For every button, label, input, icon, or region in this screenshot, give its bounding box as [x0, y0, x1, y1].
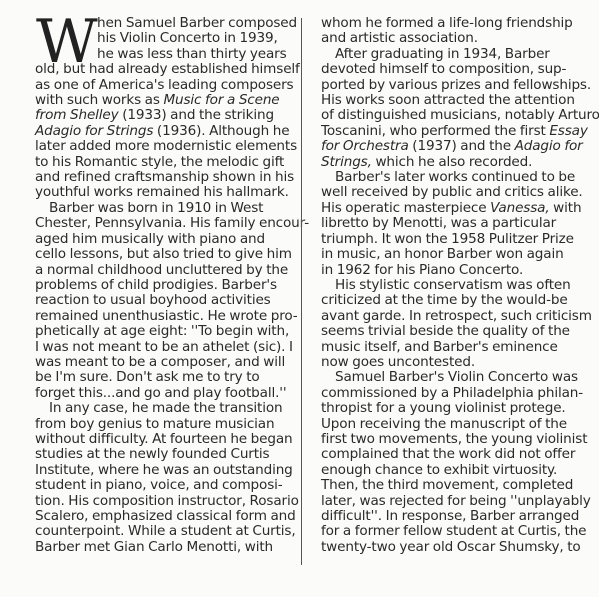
text-line: I was not meant to be an athelet (sic). …	[35, 340, 293, 355]
text-line: ported by various prizes and fellowships…	[321, 78, 579, 93]
text-line: In any case, he made the transition	[35, 401, 293, 416]
text-line: avant garde. In retrospect, such critici…	[321, 309, 579, 324]
text-segment: seems trivial beside the quality of the	[321, 323, 570, 339]
text-segment: libretto by Menotti, was a particular	[321, 215, 556, 231]
text-segment: without difficulty. At fourteen he began	[35, 431, 293, 447]
column-divider	[301, 18, 302, 565]
text-segment: now goes uncontested.	[321, 354, 475, 370]
text-line: His operatic masterpiece Vanessa, with	[321, 201, 579, 216]
text-line: remained unenthusiastic. He wrote pro-	[35, 309, 293, 324]
text-segment: well received by public and critics alik…	[321, 184, 583, 200]
text-segment: twenty-two year old Oscar Shumsky, to	[321, 539, 581, 555]
text-line: Chester, Pennsylvania. His family encour…	[35, 216, 293, 231]
text-line: Adagio for Strings (1936). Although he	[35, 124, 293, 139]
text-segment: a normal childhood uncluttered by the	[35, 262, 288, 278]
text-segment: youthful works remained his hallmark.	[35, 184, 289, 200]
text-line: Barber met Gian Carlo Menotti, with	[35, 540, 293, 555]
text-segment: and refined craftsmanship shown in his	[35, 169, 294, 185]
italic-title: Essay	[549, 123, 587, 139]
text-segment: Institute, where he was an outstanding	[35, 462, 293, 478]
text-line: difficult''. In response, Barber arrange…	[321, 509, 579, 524]
text-segment: His works soon attracted the attention	[321, 92, 575, 108]
italic-title: Strings,	[321, 154, 372, 170]
text-line: for Orchestra (1937) and the Adagio for	[321, 139, 579, 154]
text-line: cello lessons, but also tried to give hi…	[35, 247, 293, 262]
text-segment: student in piano, voice, and composi-	[35, 477, 283, 493]
right-column: whom he formed a life-long friendshipand…	[321, 16, 579, 555]
text-segment: His operatic masterpiece	[321, 200, 490, 216]
liner-notes-page: W hen Samuel Barber composedhis Violin C…	[0, 0, 599, 597]
text-segment: Samuel Barber's Violin Concerto was	[335, 369, 578, 385]
text-segment: triumph. It won the 1958 Pulitzer Prize	[321, 231, 574, 247]
text-line: for a former fellow student at Curtis, t…	[321, 524, 579, 539]
text-segment: complained that the work did not offer	[321, 446, 575, 462]
text-line: without difficulty. At fourteen he began	[35, 432, 293, 447]
text-segment: After graduating in 1934, Barber	[335, 46, 550, 62]
text-line: studies at the newly founded Curtis	[35, 447, 293, 462]
text-segment: commissioned by a Philadelphia philan-	[321, 385, 583, 401]
text-line: phetically at age eight: ''To begin with…	[35, 324, 293, 339]
text-segment: in 1962 for his Piano Concerto.	[321, 262, 523, 278]
text-segment: phetically at age eight: ''To begin with…	[35, 323, 289, 339]
text-segment: Scalero, emphasized classical form and	[35, 508, 296, 524]
text-segment: first two movements, the young violinist	[321, 431, 587, 447]
text-line: His works soon attracted the attention	[321, 93, 579, 108]
text-segment: remained unenthusiastic. He wrote pro-	[35, 308, 298, 324]
text-line: now goes uncontested.	[321, 355, 579, 370]
text-segment: be I'm sure. Don't ask me to try to	[35, 369, 260, 385]
text-segment: with	[550, 200, 582, 216]
text-segment: hen Samuel Barber composed	[97, 15, 297, 31]
text-line: counterpoint. While a student at Curtis,	[35, 524, 293, 539]
text-segment: tion. His composition instructor, Rosari…	[35, 493, 299, 509]
text-line: Toscanini, who performed the first Essay	[321, 124, 579, 139]
text-line: with such works as Music for a Scene	[35, 93, 293, 108]
text-line: in music, an honor Barber won again	[321, 247, 579, 262]
drop-cap: W	[36, 12, 94, 72]
text-line: forget this...and go and play football.'…	[35, 386, 293, 401]
text-segment: aged him musically with piano and	[35, 231, 265, 247]
text-line: student in piano, voice, and composi-	[35, 478, 293, 493]
text-segment: Then, the third movement, completed	[321, 477, 573, 493]
text-line: later added more modernistic elements	[35, 139, 293, 154]
text-segment: (1933) and the striking	[119, 107, 274, 123]
text-segment: avant garde. In retrospect, such critici…	[321, 308, 592, 324]
text-segment: difficult''. In response, Barber arrange…	[321, 508, 579, 524]
text-segment: criticized at the time by the would-be	[321, 292, 568, 308]
text-line: Upon receiving the manuscript of the	[321, 417, 579, 432]
text-segment: later added more modernistic elements	[35, 138, 297, 154]
text-line: first two movements, the young violinist	[321, 432, 579, 447]
text-line: problems of child prodigies. Barber's	[35, 278, 293, 293]
text-line: commissioned by a Philadelphia philan-	[321, 386, 579, 401]
text-segment: devoted himself to composition, sup-	[321, 61, 566, 77]
text-segment: music itself, and Barber's eminence	[321, 339, 558, 355]
text-segment: with such works as	[35, 92, 163, 108]
italic-title: Vanessa,	[490, 200, 549, 216]
text-segment: from boy genius to mature musician	[35, 416, 274, 432]
text-line: aged him musically with piano and	[35, 232, 293, 247]
text-segment: Chester, Pennsylvania. His family encour…	[35, 215, 309, 231]
text-segment: in music, an honor Barber won again	[321, 246, 564, 262]
text-line: a normal childhood uncluttered by the	[35, 263, 293, 278]
text-segment: later, was rejected for being ''unplayab…	[321, 493, 591, 509]
text-line: Barber was born in 1910 in West	[35, 201, 293, 216]
text-segment: (1937) and the	[409, 138, 515, 154]
text-segment: Toscanini, who performed the first	[321, 123, 549, 139]
text-line: well received by public and critics alik…	[321, 185, 579, 200]
text-line: Institute, where he was an outstanding	[35, 463, 293, 478]
text-segment: studies at the newly founded Curtis	[35, 446, 269, 462]
left-column: W hen Samuel Barber composedhis Violin C…	[35, 16, 293, 555]
text-segment: his Violin Concerto in 1939,	[97, 30, 278, 46]
italic-title: Adagio for Strings	[35, 123, 153, 139]
text-segment: and artistic association.	[321, 30, 478, 46]
text-segment: problems of child prodigies. Barber's	[35, 277, 277, 293]
text-segment: In any case, he made the transition	[49, 400, 282, 416]
text-line: reaction to usual boyhood activities	[35, 293, 293, 308]
text-line: Then, the third movement, completed	[321, 478, 579, 493]
text-line: twenty-two year old Oscar Shumsky, to	[321, 540, 579, 555]
text-segment: (1936). Although he	[153, 123, 289, 139]
text-line: in 1962 for his Piano Concerto.	[321, 263, 579, 278]
text-segment: Barber was born in 1910 in West	[49, 200, 263, 216]
italic-title: for Orchestra	[321, 138, 409, 154]
text-line: After graduating in 1934, Barber	[321, 47, 579, 62]
text-segment: reaction to usual boyhood activities	[35, 292, 271, 308]
text-segment: forget this...and go and play football.'…	[35, 385, 286, 401]
text-line: triumph. It won the 1958 Pulitzer Prize	[321, 232, 579, 247]
text-line: Samuel Barber's Violin Concerto was	[321, 370, 579, 385]
text-line: Barber's later works continued to be	[321, 170, 579, 185]
text-line: Scalero, emphasized classical form and	[35, 509, 293, 524]
text-segment: I was not meant to be an athelet (sic). …	[35, 339, 293, 355]
italic-title: Adagio for	[515, 138, 583, 154]
text-segment: for a former fellow student at Curtis, t…	[321, 523, 586, 539]
text-segment: enough chance to exhibit virtuosity.	[321, 462, 557, 478]
text-segment: he was less than thirty years	[97, 46, 287, 62]
text-segment: His stylistic conservatism was often	[335, 277, 571, 293]
text-line: thropist for a young violinist protege.	[321, 401, 579, 416]
text-segment: Upon receiving the manuscript of the	[321, 416, 567, 432]
text-segment: Barber met Gian Carlo Menotti, with	[35, 539, 273, 555]
text-line: music itself, and Barber's eminence	[321, 340, 579, 355]
text-segment: to his Romantic style, the melodic gift	[35, 154, 284, 170]
text-segment: counterpoint. While a student at Curtis,	[35, 523, 296, 539]
text-line: tion. His composition instructor, Rosari…	[35, 494, 293, 509]
text-line: criticized at the time by the would-be	[321, 293, 579, 308]
text-line: from Shelley (1933) and the striking	[35, 108, 293, 123]
text-line: of distinguished musicians, notably Artu…	[321, 108, 579, 123]
text-line: enough chance to exhibit virtuosity.	[321, 463, 579, 478]
text-line: complained that the work did not offer	[321, 447, 579, 462]
text-line: to his Romantic style, the melodic gift	[35, 155, 293, 170]
text-segment: of distinguished musicians, notably Artu…	[321, 107, 599, 123]
text-line: and refined craftsmanship shown in his	[35, 170, 293, 185]
text-segment: whom he formed a life-long friendship	[321, 15, 573, 31]
text-segment: as one of America's leading composers	[35, 77, 293, 93]
text-line: Strings, which he also recorded.	[321, 155, 579, 170]
text-line: be I'm sure. Don't ask me to try to	[35, 370, 293, 385]
text-line: His stylistic conservatism was often	[321, 278, 579, 293]
text-segment: was meant to be a composer, and will	[35, 354, 285, 370]
text-line: libretto by Menotti, was a particular	[321, 216, 579, 231]
text-segment: thropist for a young violinist protege.	[321, 400, 566, 416]
text-line: was meant to be a composer, and will	[35, 355, 293, 370]
text-line: and artistic association.	[321, 31, 579, 46]
text-segment: Barber's later works continued to be	[335, 169, 575, 185]
text-line: whom he formed a life-long friendship	[321, 16, 579, 31]
text-line: from boy genius to mature musician	[35, 417, 293, 432]
text-segment: ported by various prizes and fellowships…	[321, 77, 591, 93]
italic-title: Music for a Scene	[163, 92, 279, 108]
text-line: as one of America's leading composers	[35, 78, 293, 93]
text-segment: which he also recorded.	[372, 154, 533, 170]
text-line: youthful works remained his hallmark.	[35, 185, 293, 200]
text-line: later, was rejected for being ''unplayab…	[321, 494, 579, 509]
italic-title: from Shelley	[35, 107, 119, 123]
text-segment: cello lessons, but also tried to give hi…	[35, 246, 292, 262]
text-line: seems trivial beside the quality of the	[321, 324, 579, 339]
text-line: devoted himself to composition, sup-	[321, 62, 579, 77]
